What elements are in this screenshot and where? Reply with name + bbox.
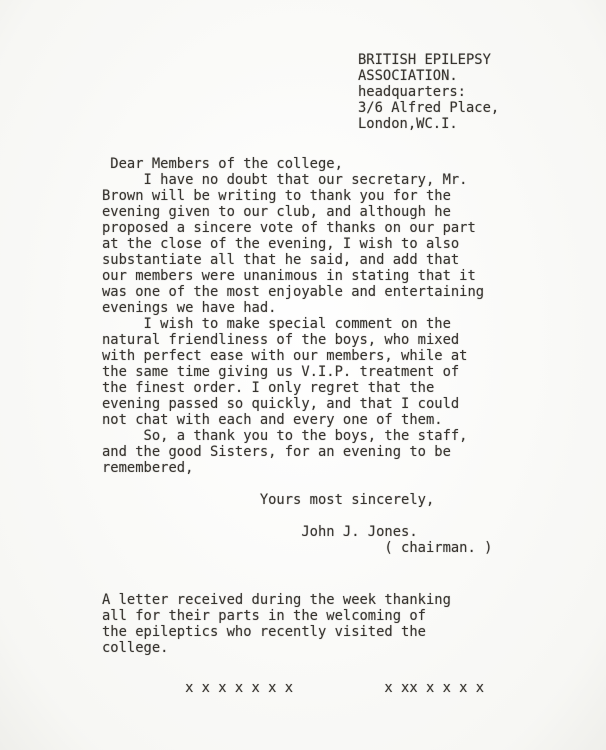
text-line: A letter received during the week thanki… — [102, 592, 451, 608]
letter-document: BRITISH EPILEPSYASSOCIATION.headquarters… — [0, 0, 606, 750]
text-line: I have no doubt that our secretary, Mr. — [102, 172, 492, 188]
text-line: 3/6 Alfred Place, — [358, 100, 499, 116]
text-line: our members were unanimous in stating th… — [102, 268, 492, 284]
text-line — [102, 476, 492, 492]
text-line: John J. Jones. — [102, 524, 492, 540]
text-line: evening passed so quickly, and that I co… — [102, 396, 492, 412]
typed-x-marks: x x x x x x x x xx x x x x — [102, 680, 484, 696]
text-line: the epileptics who recently visited the — [102, 624, 451, 640]
text-line: ( chairman. ) — [102, 540, 492, 556]
text-line: evenings we have had. — [102, 300, 492, 316]
text-line — [102, 508, 492, 524]
text-line: So, a thank you to the boys, the staff, — [102, 428, 492, 444]
text-line: not chat with each and every one of them… — [102, 412, 492, 428]
text-line: I wish to make special comment on the — [102, 316, 492, 332]
postscript-note: A letter received during the week thanki… — [102, 592, 451, 656]
text-line: substantiate all that he said, and add t… — [102, 252, 492, 268]
text-line: college. — [102, 640, 451, 656]
text-line: was one of the most enjoyable and entert… — [102, 284, 492, 300]
text-line: the finest order. I only regret that the — [102, 380, 492, 396]
letter-body: Dear Members of the college, I have no d… — [102, 156, 492, 556]
text-line: at the close of the evening, I wish to a… — [102, 236, 492, 252]
text-line: and the good Sisters, for an evening to … — [102, 444, 492, 460]
text-line: natural friendliness of the boys, who mi… — [102, 332, 492, 348]
text-line: with perfect ease with our members, whil… — [102, 348, 492, 364]
text-line: headquarters: — [358, 84, 499, 100]
text-line: Brown will be writing to thank you for t… — [102, 188, 492, 204]
text-line: remembered, — [102, 460, 492, 476]
text-line: BRITISH EPILEPSY — [358, 52, 499, 68]
letterhead: BRITISH EPILEPSYASSOCIATION.headquarters… — [358, 52, 499, 132]
text-line: London,WC.I. — [358, 116, 499, 132]
text-line: evening given to our club, and although … — [102, 204, 492, 220]
text-line: ASSOCIATION. — [358, 68, 499, 84]
text-line: Yours most sincerely, — [102, 492, 492, 508]
text-line: Dear Members of the college, — [102, 156, 492, 172]
text-line: proposed a sincere vote of thanks on our… — [102, 220, 492, 236]
text-line: all for their parts in the welcoming of — [102, 608, 451, 624]
text-line: the same time giving us V.I.P. treatment… — [102, 364, 492, 380]
